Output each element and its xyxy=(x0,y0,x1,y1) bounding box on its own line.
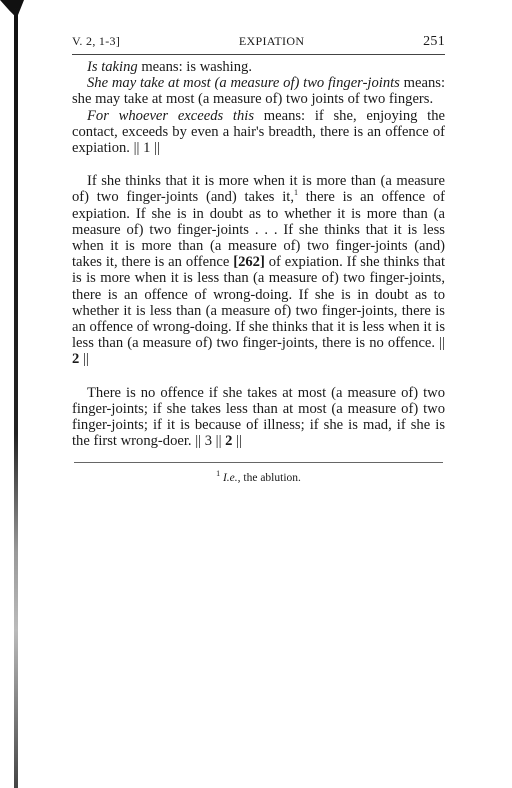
footnote-text: the ablution. xyxy=(241,472,301,484)
paragraph-cases: If she thinks that it is more when it is… xyxy=(72,173,445,367)
running-header: V. 2, 1-3] EXPIATION 251 xyxy=(72,34,445,50)
original-page-reference: [262] xyxy=(233,254,265,270)
paragraph-whoever-exceeds: For whoever exceeds this means: if she, … xyxy=(72,108,445,157)
page-binding-shadow xyxy=(0,0,24,18)
text: || xyxy=(79,351,89,367)
section-reference: V. 2, 1-3] xyxy=(72,34,120,49)
footnote-number: 1 xyxy=(216,470,220,479)
paragraph-no-offence: There is no offence if she takes at most… xyxy=(72,385,445,450)
page-binding-edge xyxy=(14,0,18,788)
footnote-rule xyxy=(74,462,443,463)
text: There is no offence if she takes at most… xyxy=(72,385,445,450)
book-page: V. 2, 1-3] EXPIATION 251 Is taking means… xyxy=(72,34,445,484)
footnote: 1 I.e., the ablution. xyxy=(72,472,445,484)
definition: means: is washing. xyxy=(138,59,252,75)
footnote-abbrev: I.e., xyxy=(223,472,241,484)
header-rule xyxy=(72,54,445,55)
paragraph-is-taking: Is taking means: is washing. xyxy=(72,59,445,75)
page-number: 251 xyxy=(423,34,445,50)
term: For whoever exceeds this xyxy=(87,108,254,124)
chapter-title: EXPIATION xyxy=(239,34,304,49)
text: || xyxy=(232,433,242,449)
term: Is taking xyxy=(87,59,138,75)
term: She may take at most (a measure of) two … xyxy=(87,75,400,91)
paragraph-she-may-take: She may take at most (a measure of) two … xyxy=(72,75,445,107)
